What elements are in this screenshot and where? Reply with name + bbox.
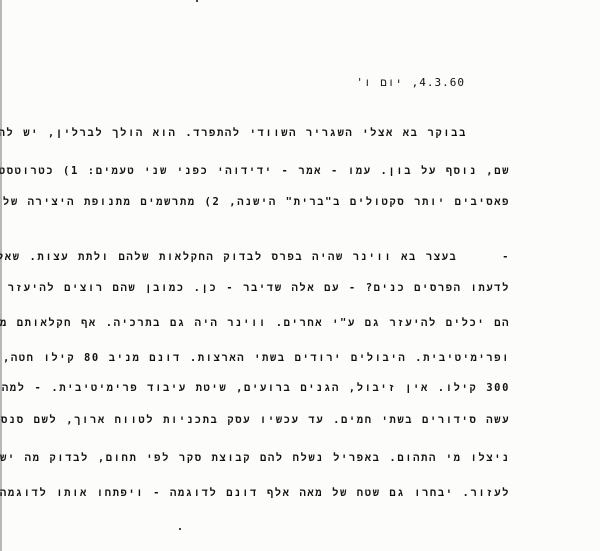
text-line: פאסיבים יותר סקטולים ב"ברית" הישנה, 2) מ…	[0, 195, 510, 209]
date-line: 4.3.60, יום ו'	[356, 76, 465, 90]
text-line: 300 קילו. אין זיבול, הגנים ברועים, שיטת …	[0, 381, 510, 395]
text-line: לדעתו הפרסים כנים? - עם אלה שדיבר - כן. …	[0, 281, 510, 295]
text-line: הם יכלים להיעזר גם ע"י אחרים. ווינר היה …	[0, 316, 510, 330]
text-line: עשה סידורים בשתי חמים. עד עכשיו עסק בתכנ…	[0, 413, 510, 427]
text-line: ופרימיטיבית. היבולים ירודים בשתי הארצות.…	[0, 351, 510, 365]
text-line: לעזור. יבחרו גם שטח של מאה אלף דונם לדוג…	[0, 486, 510, 500]
text-line: ניצלו מי התהום. באפריל נשלח להם קבוצת סק…	[0, 451, 510, 465]
text-line: בבוקר בא אצלי השגריר השוודי להתפרד. הוא …	[0, 126, 467, 140]
page-edge	[0, 0, 2, 551]
scan-speck	[179, 528, 181, 530]
text-line: שם, נוסף על בון. עמו - אמר - ידידוהי כפנ…	[0, 164, 510, 178]
scan-speck	[196, 0, 198, 2]
text-line: - בעצר בא ווינר שהיה בפרס לבדוק החקלאות …	[0, 250, 510, 264]
